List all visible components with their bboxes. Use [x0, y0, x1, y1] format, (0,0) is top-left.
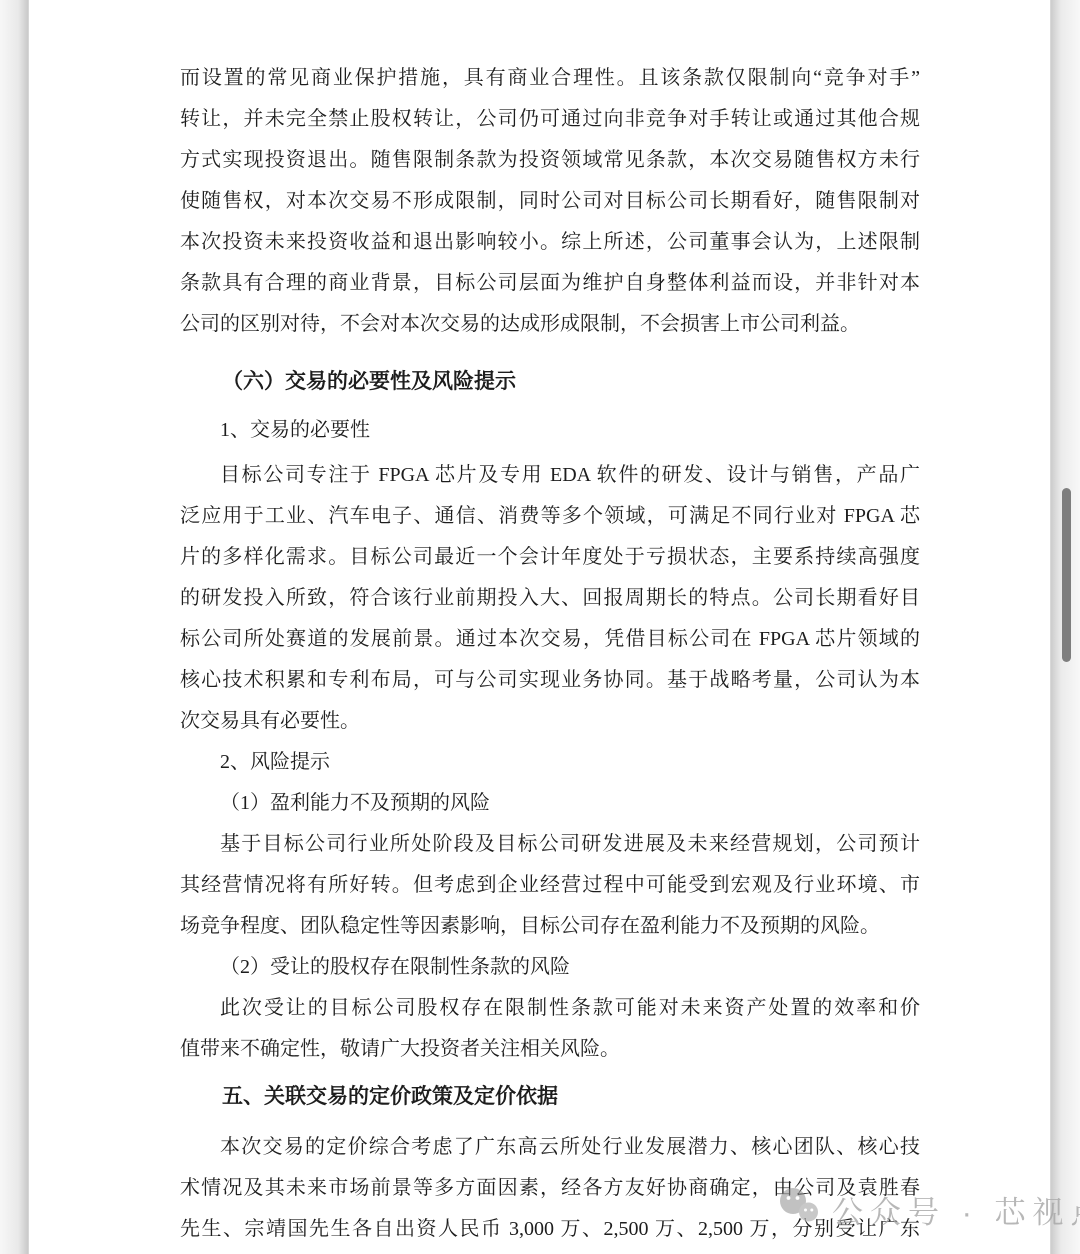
text-line: 其经营情况将有所好转。但考虑到企业经营过程中可能受到宏观及行业环境、市 [180, 865, 920, 906]
text-line: 使随售权，对本次交易不形成限制，同时公司对目标公司长期看好，随售限制对 [180, 181, 920, 222]
text-line: 本次交易的定价综合考虑了广东高云所处行业发展潜力、核心团队、核心技 [180, 1127, 920, 1168]
text-line: 此次受让的目标公司股权存在限制性条款可能对未来资产处置的效率和价 [180, 988, 920, 1029]
paragraph: 基于目标公司行业所处阶段及目标公司研发进展及未来经营规划，公司预计其经营情况将有… [180, 824, 920, 947]
document-page: 而设置的常见商业保护措施，具有商业合理性。且该条款仅限制向“竞争对手”转让，并未… [0, 0, 1080, 1254]
paragraph: 目标公司专注于 FPGA 芯片及专用 EDA 软件的研发、设计与销售，产品广泛应… [180, 455, 920, 742]
text-line: 而设置的常见商业保护措施，具有商业合理性。且该条款仅限制向“竞争对手” [180, 58, 920, 99]
text-line: 方式实现投资退出。随售限制条款为投资领域常见条款，本次交易随售权方未行 [180, 140, 920, 181]
text-line: 片的多样化需求。目标公司最近一个会计年度处于亏损状态，主要系持续高强度 [180, 537, 920, 578]
text-line: 泛应用于工业、汽车电子、通信、消费等多个领域，可满足不同行业对 FPGA 芯 [180, 496, 920, 537]
sub-heading: （2）受让的股权存在限制性条款的风险 [180, 947, 920, 988]
sub-heading: （1）盈利能力不及预期的风险 [180, 783, 920, 824]
text-line: 的研发投入所致，符合该行业前期投入大、回报周期长的特点。公司长期看好目 [180, 578, 920, 619]
text-line: 术情况及其未来市场前景等多方面因素，经各方友好协商确定，由公司及袁胜春 [180, 1168, 920, 1209]
paragraph: 此次受让的目标公司股权存在限制性条款可能对未来资产处置的效率和价值带来不确定性，… [180, 988, 920, 1070]
page-left-edge-shadow [0, 0, 29, 1254]
scrollbar-thumb[interactable] [1062, 488, 1071, 662]
text-line: 次交易具有必要性。 [180, 701, 920, 742]
text-line: 条款具有合理的商业背景，目标公司层面为维护自身整体利益而设，并非针对本 [180, 263, 920, 304]
text-line: 目标公司专注于 FPGA 芯片及专用 EDA 软件的研发、设计与销售，产品广 [180, 455, 920, 496]
text-line: 转让，并未完全禁止股权转让，公司仍可通过向非竞争对手转让或通过其他合规 [180, 99, 920, 140]
text-line: 先生、宗靖国先生各自出资人民币 3,000 万、2,500 万、2,500 万，… [180, 1209, 920, 1250]
text-line: 基于目标公司行业所处阶段及目标公司研发进展及未来经营规划，公司预计 [180, 824, 920, 865]
text-line: 值带来不确定性，敬请广大投资者关注相关风险。 [180, 1029, 920, 1070]
sub-heading: 1、交易的必要性 [180, 410, 920, 451]
text-line: 标公司所处赛道的发展前景。通过本次交易，凭借目标公司在 FPGA 芯片领域的 [180, 619, 920, 660]
text-line: 本次投资未来投资收益和退出影响较小。综上所述，公司董事会认为，上述限制 [180, 222, 920, 263]
document-body: 而设置的常见商业保护措施，具有商业合理性。且该条款仅限制向“竞争对手”转让，并未… [180, 58, 920, 1250]
paragraph: 本次交易的定价综合考虑了广东高云所处行业发展潜力、核心团队、核心技术情况及其未来… [180, 1127, 920, 1250]
paragraph: 而设置的常见商业保护措施，具有商业合理性。且该条款仅限制向“竞争对手”转让，并未… [180, 58, 920, 345]
text-line: 场竞争程度、团队稳定性等因素影响，目标公司存在盈利能力不及预期的风险。 [180, 906, 920, 947]
text-line: 公司的区别对待，不会对本次交易的达成形成限制，不会损害上市公司利益。 [180, 304, 920, 345]
sub-heading: 2、风险提示 [180, 742, 920, 783]
text-line: 核心技术积累和专利布局，可与公司实现业务协同。基于战略考量，公司认为本 [180, 660, 920, 701]
section-heading: （六）交易的必要性及风险提示 [180, 361, 920, 402]
section-heading: 五、关联交易的定价政策及定价依据 [180, 1076, 920, 1117]
